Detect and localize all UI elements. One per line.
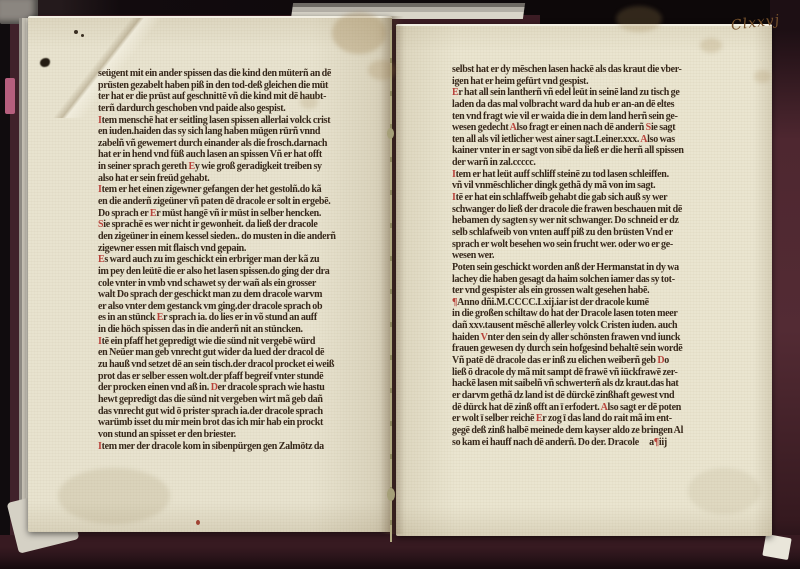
- text-line: en iuden.haiden das sy sich lang haben m…: [98, 126, 385, 138]
- text-line: laden da das mal volbracht ward da hub e…: [452, 99, 746, 111]
- text-line: wesen wer.: [452, 250, 746, 262]
- rubricated-letter: D: [211, 382, 218, 393]
- text-line: er also vnter dem gestanck vm ging.der d…: [98, 301, 385, 313]
- text-line: Item mer der dracole kom in sibenpürgen …: [98, 441, 385, 453]
- text-line: selbst hat er dy mēschen lasen hackē als…: [452, 64, 746, 76]
- text-line: ter vnd gespister als ein grossen walt g…: [452, 285, 746, 297]
- stain: [332, 12, 386, 54]
- text-line: hat er in hend vnd füß auch lasen an spi…: [98, 149, 385, 161]
- rubricated-letter: V: [481, 332, 488, 343]
- stain: [368, 60, 396, 80]
- gutter-shadow: [380, 16, 404, 534]
- text-line: Item er het einen zigewner gefangen der …: [98, 184, 385, 196]
- text-line: en die anderñ zigeüner vñ paten dē draco…: [98, 196, 385, 208]
- page-stack-edge-bottom-right: [762, 534, 791, 560]
- rubricated-letter: A: [510, 122, 517, 133]
- stain: [300, 95, 318, 109]
- rubricated-letter: A: [601, 402, 608, 413]
- text-line: hewt gepredigt das die sünd nit vergeben…: [98, 394, 385, 406]
- text-line: gegē deß zinß halbē meinede dem kayser a…: [452, 425, 746, 437]
- text-line: vñ vil vnmēschlicher dingk gethã dy mã v…: [452, 180, 746, 192]
- text-line: walt Do sprach der geschickt man zu dem …: [98, 289, 385, 301]
- text-line: Do sprach er Er müst hangē vñ ir müst in…: [98, 208, 385, 220]
- text-line: ¶Anno dñi.M.CCCC.Lxij.iar ist der dracol…: [452, 297, 746, 309]
- text-line: ten all als vil ietlicher west ainer sag…: [452, 134, 746, 146]
- text-line: schwanger do ließ der dracole die frawen…: [452, 204, 746, 216]
- text-line: zigewner essen mit flaisch vnd gepain.: [98, 243, 385, 255]
- book-photograph: seügent mit ein ander spissen das die ki…: [0, 0, 800, 569]
- text-line: er darvm gethã dz land ist dē dürckē zin…: [452, 390, 746, 402]
- text-line: hackē lasen mit saibelñ vñ schwerterñ al…: [452, 378, 746, 390]
- text-line: von stund an spisset er den briester.: [98, 429, 385, 441]
- text-line: so kam ei hauff nach dē anderñ. Do der. …: [452, 437, 746, 449]
- text-line: dē dürck hat dē zinß offt an ī erfodert.…: [452, 402, 746, 414]
- text-line: sprach er wolt besehen wo sein frucht we…: [452, 239, 746, 251]
- stain: [700, 38, 722, 53]
- binding-edge-bottom: [0, 535, 800, 569]
- text-line: Itē er hat ein schlaffweib gehabt die ga…: [452, 192, 746, 204]
- thread-knot: [387, 488, 395, 501]
- text-line: Sie sprachē es wer nicht ir gewonheit. d…: [98, 219, 385, 231]
- stain: [616, 6, 662, 32]
- text-line: es in an stünck Er sprach ia. do lies er…: [98, 312, 385, 324]
- thread-knot: [387, 128, 394, 139]
- text-line: Item menschē hat er seitling lasen spiss…: [98, 115, 385, 127]
- text-line: wesen gedecht Also fragt er einen nach d…: [452, 122, 746, 134]
- text-line: Itē ein pfaff het gepredigt wie die sünd…: [98, 336, 385, 348]
- text-line: cole vnter in vmb vnd schawet sy der wañ…: [98, 278, 385, 290]
- bookmark-tab: [5, 78, 15, 114]
- stain: [754, 70, 771, 83]
- stain: [688, 468, 760, 514]
- stain: [58, 468, 170, 524]
- text-line: Es ward auch zu im geschickt ein erbrige…: [98, 254, 385, 266]
- text-line: das vnrecht gut wid ō prister sprach ia.…: [98, 406, 385, 418]
- text-line: Er hat all sein lantherñ vñ edel leüt in…: [452, 87, 746, 99]
- text-line: der procken einen vnd aß in. Der dracole…: [98, 382, 385, 394]
- binding-edge-right: [770, 0, 800, 569]
- text-line: in seiner sprach gereth Ey wie groß gera…: [98, 161, 385, 173]
- text-line: im pey den leütē die er also het lasen s…: [98, 266, 385, 278]
- text-line: zu hauß vnd setzet dē an sein tisch.der …: [98, 359, 385, 371]
- left-page-text: seügent mit ein ander spissen das die ki…: [98, 68, 385, 456]
- text-line: Poten sein geschickt worden anß der Herm…: [452, 262, 746, 274]
- text-line: zabelñ vñ gewemert durch einander als di…: [98, 138, 385, 150]
- red-spot: [196, 520, 200, 525]
- left-page: seügent mit ein ander spissen das die ki…: [28, 16, 392, 532]
- text-line: lachey die haben gesagt da haim solchen …: [452, 274, 746, 286]
- text-line: den zigeüner in einem kessel sieden.. do…: [98, 231, 385, 243]
- text-line: Item er hat leüt auff schliff steinē zu …: [452, 169, 746, 181]
- ink-spot: [81, 34, 84, 37]
- text-line: in die großen schiltaw do hat der Dracol…: [452, 308, 746, 320]
- text-line: Vñ patē dē dracole das er inß zu elichen…: [452, 355, 746, 367]
- text-line: prot das er selber essen wolt.der pfaff …: [98, 371, 385, 383]
- right-page: selbst hat er dy mēschen lasen hackē als…: [396, 24, 772, 536]
- text-line: in die höch spissen das in die anderñ ni…: [98, 324, 385, 336]
- text-line: ließ ō dracole dy mã mit sampt dē frawē …: [452, 367, 746, 379]
- text-line: frauen gewesen dy durch sein hofgesind b…: [452, 343, 746, 355]
- text-line: selb schlafweib von vnten auff piß zu de…: [452, 227, 746, 239]
- text-line: ter hat er die prüst auf geschnittē vñ d…: [98, 91, 385, 103]
- sewing-thread: [390, 30, 392, 542]
- text-line: igen hat er heim gefürt vnd gespist.: [452, 76, 746, 88]
- text-line: also hat er sein freüd gehabt.: [98, 173, 385, 185]
- text-line: haiden Vnter den sein dy aller schönsten…: [452, 332, 746, 344]
- text-line: er wolt ī selber reichē Er zog ī das lan…: [452, 413, 746, 425]
- text-line: warümb isset du mir mein brot das ich mi…: [98, 417, 385, 429]
- text-line: en Neüer man geb vnrecht gut wider da lu…: [98, 347, 385, 359]
- text-line: seügent mit ein ander spissen das die ki…: [98, 68, 385, 80]
- text-line: der warñ in zal.ccccc.: [452, 157, 746, 169]
- text-line: ten vnd fragt wie vil er waida die in de…: [452, 111, 746, 123]
- text-line: kainer vnter in er sagt von sibē da ließ…: [452, 145, 746, 157]
- text-line: hebamen dy sagten sy wer nit schwanger. …: [452, 215, 746, 227]
- text-line: terñ dardurch geschoben vnd paide also g…: [98, 103, 385, 115]
- right-page-text: selbst hat er dy mēschen lasen hackē als…: [452, 64, 746, 452]
- ink-spot: [74, 30, 78, 34]
- text-line: prüsten gezabelt haben piß in den tod-de…: [98, 80, 385, 92]
- text-line: dañ xxv.tausent mēschē allerley volck Cr…: [452, 320, 746, 332]
